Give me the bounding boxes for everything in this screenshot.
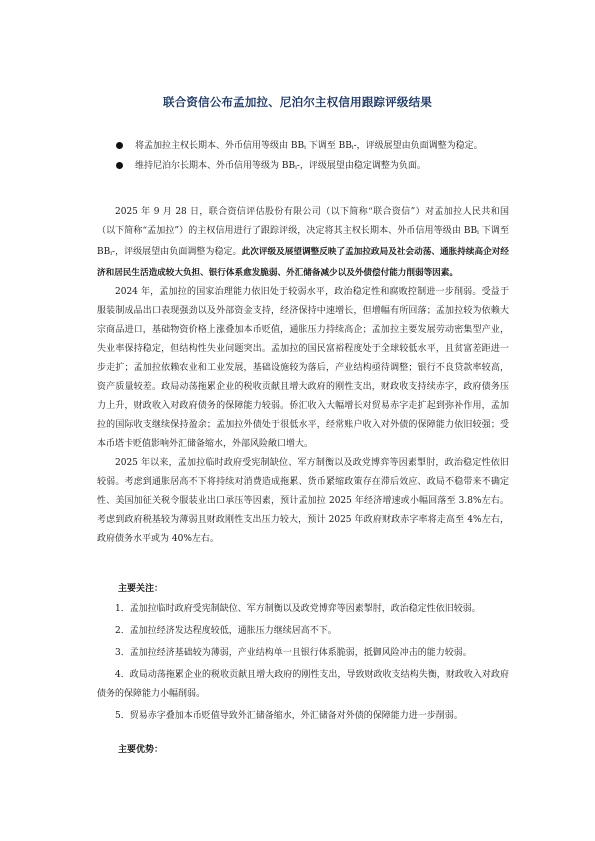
key-point-nepal: 维持尼泊尔长期本、外币信用等级为 BBi-，评级展望由稳定调整为负面。 xyxy=(116,159,546,179)
paragraph-rating-announcement: 2025 年 9 月 28 日，联合资信评估股份有限公司（以下简称“联合资信”）… xyxy=(97,203,509,283)
concern-item: 2．孟加拉经济发达程度较低，通胀压力继续居高不下。 xyxy=(97,622,509,641)
key-points-list: 将孟加拉主权长期本、外币信用等级由 BBi 下调至 BBi-，评级展望由负面调整… xyxy=(116,139,546,179)
document-title: 联合资信公布孟加拉、尼泊尔主权信用跟踪评级结果 xyxy=(0,94,595,110)
concerns-heading: 主要关注： xyxy=(118,581,163,594)
key-point-bangladesh: 将孟加拉主权长期本、外币信用等级由 BBi 下调至 BBi-，评级展望由负面调整… xyxy=(116,139,546,159)
body-text: 2025 年 9 月 28 日，联合资信评估股份有限公司（以下简称“联合资信”）… xyxy=(97,203,509,549)
concern-item: 5．贸易赤字叠加本币贬值导致外汇储备缩水，外汇储备对外债的保障能力进一步削弱。 xyxy=(97,707,509,726)
document-page: 联合资信公布孟加拉、尼泊尔主权信用跟踪评级结果 将孟加拉主权长期本、外币信用等级… xyxy=(0,0,595,841)
paragraph-2024-review: 2024 年，孟加拉的国家治理能力依旧处于较弱水平，政治稳定性和腐败控制进一步削… xyxy=(97,283,509,454)
concern-item: 1．孟加拉临时政府受宪制缺位、军方制衡以及政党博弈等因素掣肘，政治稳定性依旧较弱… xyxy=(97,600,509,619)
bullet-icon xyxy=(116,162,123,169)
bullet-icon xyxy=(116,142,123,149)
paragraph-2025-outlook: 2025 年以来，孟加拉临时政府受宪制缺位、军方制衡以及政党博弈等因素掣肘，政治… xyxy=(97,454,509,549)
concern-item: 4．政局动荡拖累企业的税收贡献且增大政府的刚性支出，导致财政收支结构失衡，财政收… xyxy=(97,666,509,704)
concern-item: 3．孟加拉经济基础较为薄弱，产业结构单一且银行体系脆弱，抵御风险冲击的能力较弱。 xyxy=(97,644,509,663)
concerns-list: 1．孟加拉临时政府受宪制缺位、军方制衡以及政党博弈等因素掣肘，政治稳定性依旧较弱… xyxy=(97,600,509,729)
strengths-heading: 主要优势： xyxy=(118,742,163,755)
